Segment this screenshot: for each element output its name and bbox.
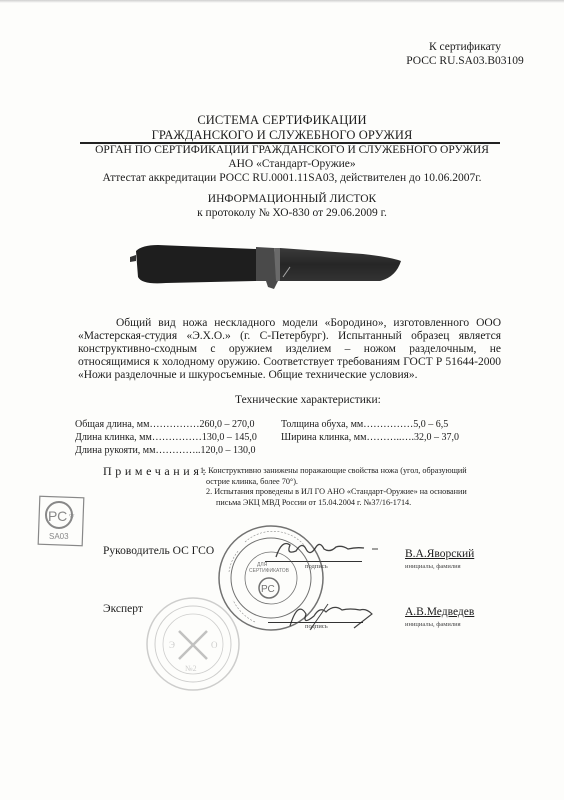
spec-label: Длина рукояти, мм [75,445,155,456]
head-role: Руководитель ОС ГСО [103,545,214,557]
system-title: СИСТЕМА СЕРТИФИКАЦИИ ГРАЖДАНСКОГО И СЛУЖ… [0,113,564,143]
spec-label: Толщина обуха, мм [281,419,363,430]
spec-row: Толщина обуха, мм……………5,0 – 6,5 [281,418,459,431]
notes-label: Примечания: [103,464,209,479]
spec-leader: …………… [149,419,199,430]
spec-row: Ширина клинка, мм………..….32,0 – 37,0 [281,431,459,444]
certification-body: ОРГАН ПО СЕРТИФИКАЦИИ ГРАЖДАНСКОГО И СЛУ… [0,143,564,185]
spec-row: Общая длина, мм……………260,0 – 270,0 [75,418,257,431]
svg-text:СЕРТИФИКАТОВ: СЕРТИФИКАТОВ [249,568,290,574]
certificate-ref-label: К сертификату [390,40,540,54]
svg-text:РС: РС [48,508,67,524]
accreditation: Аттестат аккредитации РОСС RU.0001.11SA0… [0,171,564,185]
svg-text:РС: РС [261,584,275,595]
description-text: Общий вид ножа нескладного модели «Бород… [78,317,501,382]
spec-label: Длина клинка, мм [75,432,152,443]
head-signature-icon [272,535,382,561]
spec-label: Ширина клинка, мм [281,432,366,443]
spec-row: Длина рукояти, мм…………..120,0 – 130,0 [75,444,257,457]
note-item-2-cont: письма ЭКЦ МВД России от 15.04.2004 г. №… [200,498,522,509]
org-line2: АНО «Стандарт-Оружие» [0,157,564,171]
knife-photo-icon [128,237,403,299]
svg-text:▽: ▽ [69,514,75,521]
info-sheet-title: ИНФОРМАЦИОННЫЙ ЛИСТОК [0,192,564,206]
expert-name-caption: инициалы, фамилия [405,621,461,628]
svg-text:Э: Э [169,640,175,650]
spec-leader: …………… [363,419,413,430]
note-item-2: 2. Испытания проведены в ИЛ ГО АНО «Стан… [200,487,522,498]
system-title-line1: СИСТЕМА СЕРТИФИКАЦИИ [0,113,564,128]
certificate-reference: К сертификату РОСС RU.SA03.B03109 [390,40,540,68]
spec-value: 260,0 – 270,0 [199,419,254,430]
spec-leader: ………..…. [366,432,414,443]
certificate-ref-number: РОСС RU.SA03.B03109 [390,54,540,68]
spec-value: 32,0 – 37,0 [414,432,459,443]
expert-name: А.В.Медведев [405,606,474,618]
svg-text:№2: №2 [185,664,197,673]
tech-specs-left: Общая длина, мм……………260,0 – 270,0 Длина … [75,418,257,457]
system-title-line2: ГРАЖДАНСКОГО И СЛУЖЕБНОГО ОРУЖИЯ [0,128,564,143]
spec-value: 5,0 – 6,5 [413,419,448,430]
note-item-1-cont: острие клинка, более 70°). [200,477,522,488]
spec-leader: …………… [152,432,202,443]
spec-value: 130,0 – 145,0 [202,432,257,443]
expert-role: Эксперт [103,603,143,615]
tech-specs-right: Толщина обуха, мм……………5,0 – 6,5 Ширина к… [281,418,459,444]
head-name-caption: инициалы, фамилия [405,563,461,570]
org-line1: ОРГАН ПО СЕРТИФИКАЦИИ ГРАЖДАНСКОГО И СЛУ… [0,143,564,157]
info-sheet-protocol: к протоколу № ХО-830 от 29.06.2009 г. [0,206,564,220]
svg-text:О: О [211,640,218,650]
head-name: В.А.Яворский [405,548,474,560]
expert-signature-icon [284,598,379,632]
tech-specs-title: Технические характеристики: [235,394,381,406]
notes-list: 1. Конструктивно занижены поражающие сво… [200,466,522,508]
note-item-1: 1. Конструктивно занижены поражающие сво… [200,466,522,477]
spec-row: Длина клинка, мм……………130,0 – 145,0 [75,431,257,444]
spec-label: Общая длина, мм [75,419,149,430]
spec-leader: ………….. [155,445,200,456]
info-sheet-heading: ИНФОРМАЦИОННЫЙ ЛИСТОК к протоколу № ХО-8… [0,192,564,220]
description-paragraph: Общий вид ножа нескладного модели «Бород… [78,317,501,382]
page-edge [0,0,564,3]
conformity-mark: РС ▽ SA03 [37,495,85,547]
mark-code: SA03 [49,532,69,541]
spec-value: 120,0 – 130,0 [200,445,255,456]
